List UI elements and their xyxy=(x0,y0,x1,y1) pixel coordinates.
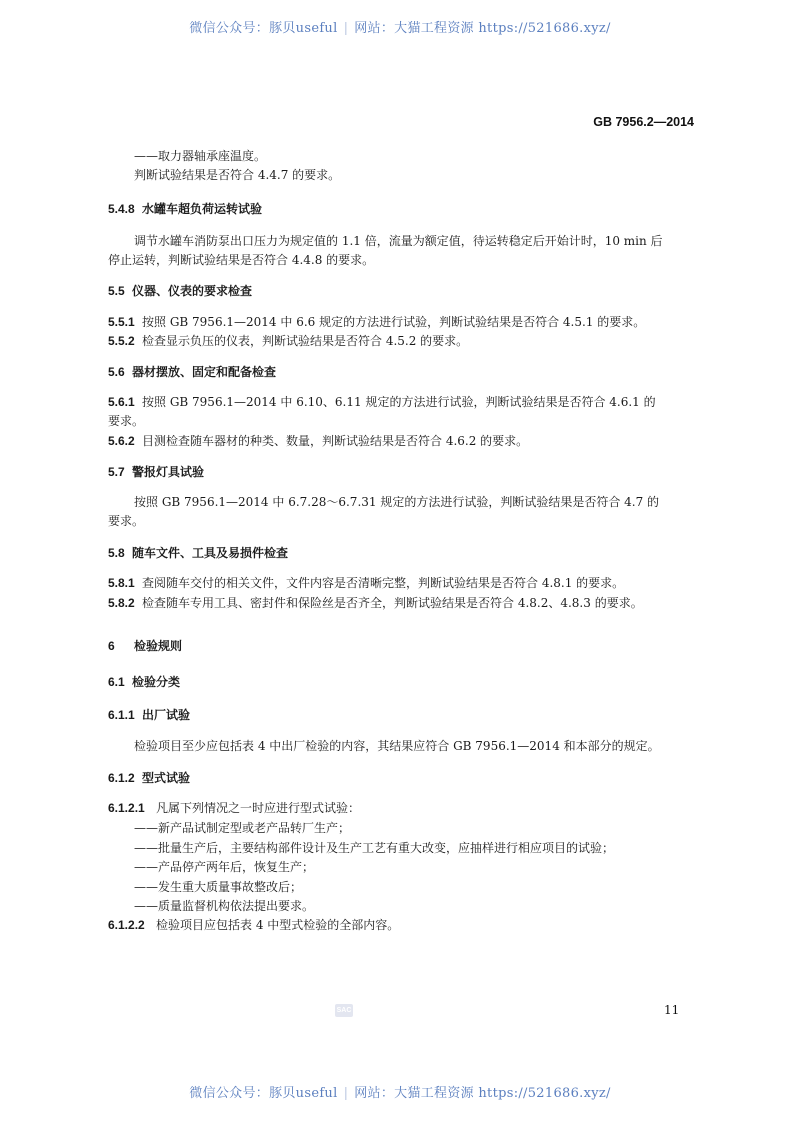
section-548-body-line2: 停止运转，判断试验结果是否符合 4.4.8 的要求。 xyxy=(108,252,374,268)
clause-number: 5.8.1 xyxy=(108,575,142,591)
clause-562: 5.6.2目测检查随车器材的种类、数量，判断试验结果是否符合 4.6.2 的要求… xyxy=(108,433,528,449)
section-heading-57: 5.7警报灯具试验 xyxy=(108,464,204,480)
clause-number: 6.1.2.1 xyxy=(108,800,156,816)
clause-6122: 6.1.2.2检验项目应包括表 4 中型式检验的全部内容。 xyxy=(108,917,399,933)
clause-581: 5.8.1查阅随车交付的相关文件，文件内容是否清晰完整，判断试验结果是否符合 4… xyxy=(108,575,624,591)
clause-number: 5.8.2 xyxy=(108,595,142,611)
section-number: 5.8 xyxy=(108,545,132,561)
clause-text: 按照 GB 7956.1—2014 中 6.6 规定的方法进行试验，判断试验结果… xyxy=(142,315,645,329)
section-title: 型式试验 xyxy=(142,771,190,785)
clause-text: 检查随车专用工具、密封件和保险丝是否齐全，判断试验结果是否符合 4.8.2、4.… xyxy=(142,596,643,610)
section-611-body: 检验项目至少应包括表 4 中出厂检验的内容，其结果应符合 GB 7956.1—2… xyxy=(134,738,660,754)
section-57-body-line2: 要求。 xyxy=(108,513,144,529)
clause-text: 目测检查随车器材的种类、数量，判断试验结果是否符合 4.6.2 的要求。 xyxy=(142,434,528,448)
watermark-website-text: 网站：大猫工程资源 https://521686.xyz/ xyxy=(354,1086,610,1101)
clause-552: 5.5.2检查显示负压的仪表，判断试验结果是否符合 4.5.2 的要求。 xyxy=(108,333,468,349)
section-title: 警报灯具试验 xyxy=(132,465,204,479)
clause-text: 按照 GB 7956.1—2014 中 6.10、6.11 规定的方法进行试验，… xyxy=(142,395,656,409)
watermark-bottom: 微信公众号：豚贝useful|网站：大猫工程资源 https://521686.… xyxy=(0,1082,800,1101)
dash-item-1: ——新产品试制定型或老产品转厂生产； xyxy=(134,820,350,836)
chapter-number: 6 xyxy=(108,638,134,654)
clause-text: 查阅随车交付的相关文件，文件内容是否清晰完整，判断试验结果是否符合 4.8.1 … xyxy=(142,576,624,590)
sac-logo-icon: SAC xyxy=(335,1004,353,1017)
section-heading-612: 6.1.2型式试验 xyxy=(108,770,190,786)
clause-number: 5.6.2 xyxy=(108,433,142,449)
section-number: 6.1.2 xyxy=(108,770,142,786)
page-number: 11 xyxy=(664,1003,679,1017)
section-heading-611: 6.1.1出厂试验 xyxy=(108,707,190,723)
clause-number: 6.1.2.2 xyxy=(108,917,156,933)
clause-582: 5.8.2检查随车专用工具、密封件和保险丝是否齐全，判断试验结果是否符合 4.8… xyxy=(108,595,643,611)
dash-item-4: ——发生重大质量事故整改后； xyxy=(134,879,302,895)
chapter-title: 检验规则 xyxy=(134,639,182,653)
section-number: 5.4.8 xyxy=(108,201,142,217)
dash-item-5: ——质量监督机构依法提出要求。 xyxy=(134,898,314,914)
section-heading-56: 5.6器材摆放、固定和配备检查 xyxy=(108,364,276,380)
section-title: 器材摆放、固定和配备检查 xyxy=(132,365,276,379)
clause-text: 检验项目应包括表 4 中型式检验的全部内容。 xyxy=(156,918,399,932)
judge-447-text: 判断试验结果是否符合 4.4.7 的要求。 xyxy=(134,167,340,183)
clause-551: 5.5.1按照 GB 7956.1—2014 中 6.6 规定的方法进行试验，判… xyxy=(108,314,645,330)
section-heading-55: 5.5仪器、仪表的要求检查 xyxy=(108,283,252,299)
section-title: 仪器、仪表的要求检查 xyxy=(132,284,252,298)
section-title: 检验分类 xyxy=(132,675,180,689)
dash-item-bearing-temp: ——取力器轴承座温度。 xyxy=(134,148,266,164)
clause-6121: 6.1.2.1凡属下列情况之一时应进行型式试验： xyxy=(108,800,360,816)
section-heading-61: 6.1检验分类 xyxy=(108,674,180,690)
watermark-separator: | xyxy=(344,21,349,36)
dash-item-3: ——产品停产两年后，恢复生产； xyxy=(134,859,314,875)
section-number: 6.1 xyxy=(108,674,132,690)
section-number: 6.1.1 xyxy=(108,707,142,723)
standard-id: GB 7956.2—2014 xyxy=(593,115,694,129)
clause-text: 检查显示负压的仪表，判断试验结果是否符合 4.5.2 的要求。 xyxy=(142,334,468,348)
watermark-website-text: 网站：大猫工程资源 https://521686.xyz/ xyxy=(354,21,610,36)
section-heading-58: 5.8随车文件、工具及易损件检查 xyxy=(108,545,288,561)
section-number: 5.5 xyxy=(108,283,132,299)
chapter-heading-6: 6检验规则 xyxy=(108,638,182,654)
clause-number: 5.5.2 xyxy=(108,333,142,349)
watermark-wechat-text: 微信公众号：豚贝useful xyxy=(189,1086,337,1101)
dash-item-2: ——批量生产后，主要结构部件设计及生产工艺有重大改变，应抽样进行相应项目的试验； xyxy=(134,840,614,856)
section-548-body-line1: 调节水罐车消防泵出口压力为规定值的 1.1 倍，流量为额定值，待运转稳定后开始计… xyxy=(134,233,663,249)
section-title: 随车文件、工具及易损件检查 xyxy=(132,546,288,560)
clause-number: 5.6.1 xyxy=(108,394,142,410)
watermark-top: 微信公众号：豚贝useful|网站：大猫工程资源 https://521686.… xyxy=(0,17,800,36)
section-title: 出厂试验 xyxy=(142,708,190,722)
watermark-wechat-text: 微信公众号：豚贝useful xyxy=(189,21,337,36)
clause-text: 凡属下列情况之一时应进行型式试验： xyxy=(156,801,360,815)
clause-561-line1: 5.6.1按照 GB 7956.1—2014 中 6.10、6.11 规定的方法… xyxy=(108,394,656,410)
section-number: 5.7 xyxy=(108,464,132,480)
watermark-separator: | xyxy=(344,1086,349,1101)
section-number: 5.6 xyxy=(108,364,132,380)
section-title: 水罐车超负荷运转试验 xyxy=(142,202,262,216)
clause-number: 5.5.1 xyxy=(108,314,142,330)
section-57-body-line1: 按照 GB 7956.1—2014 中 6.7.28～6.7.31 规定的方法进… xyxy=(134,494,659,510)
section-heading-548: 5.4.8水罐车超负荷运转试验 xyxy=(108,201,262,217)
clause-561-line2: 要求。 xyxy=(108,413,144,429)
